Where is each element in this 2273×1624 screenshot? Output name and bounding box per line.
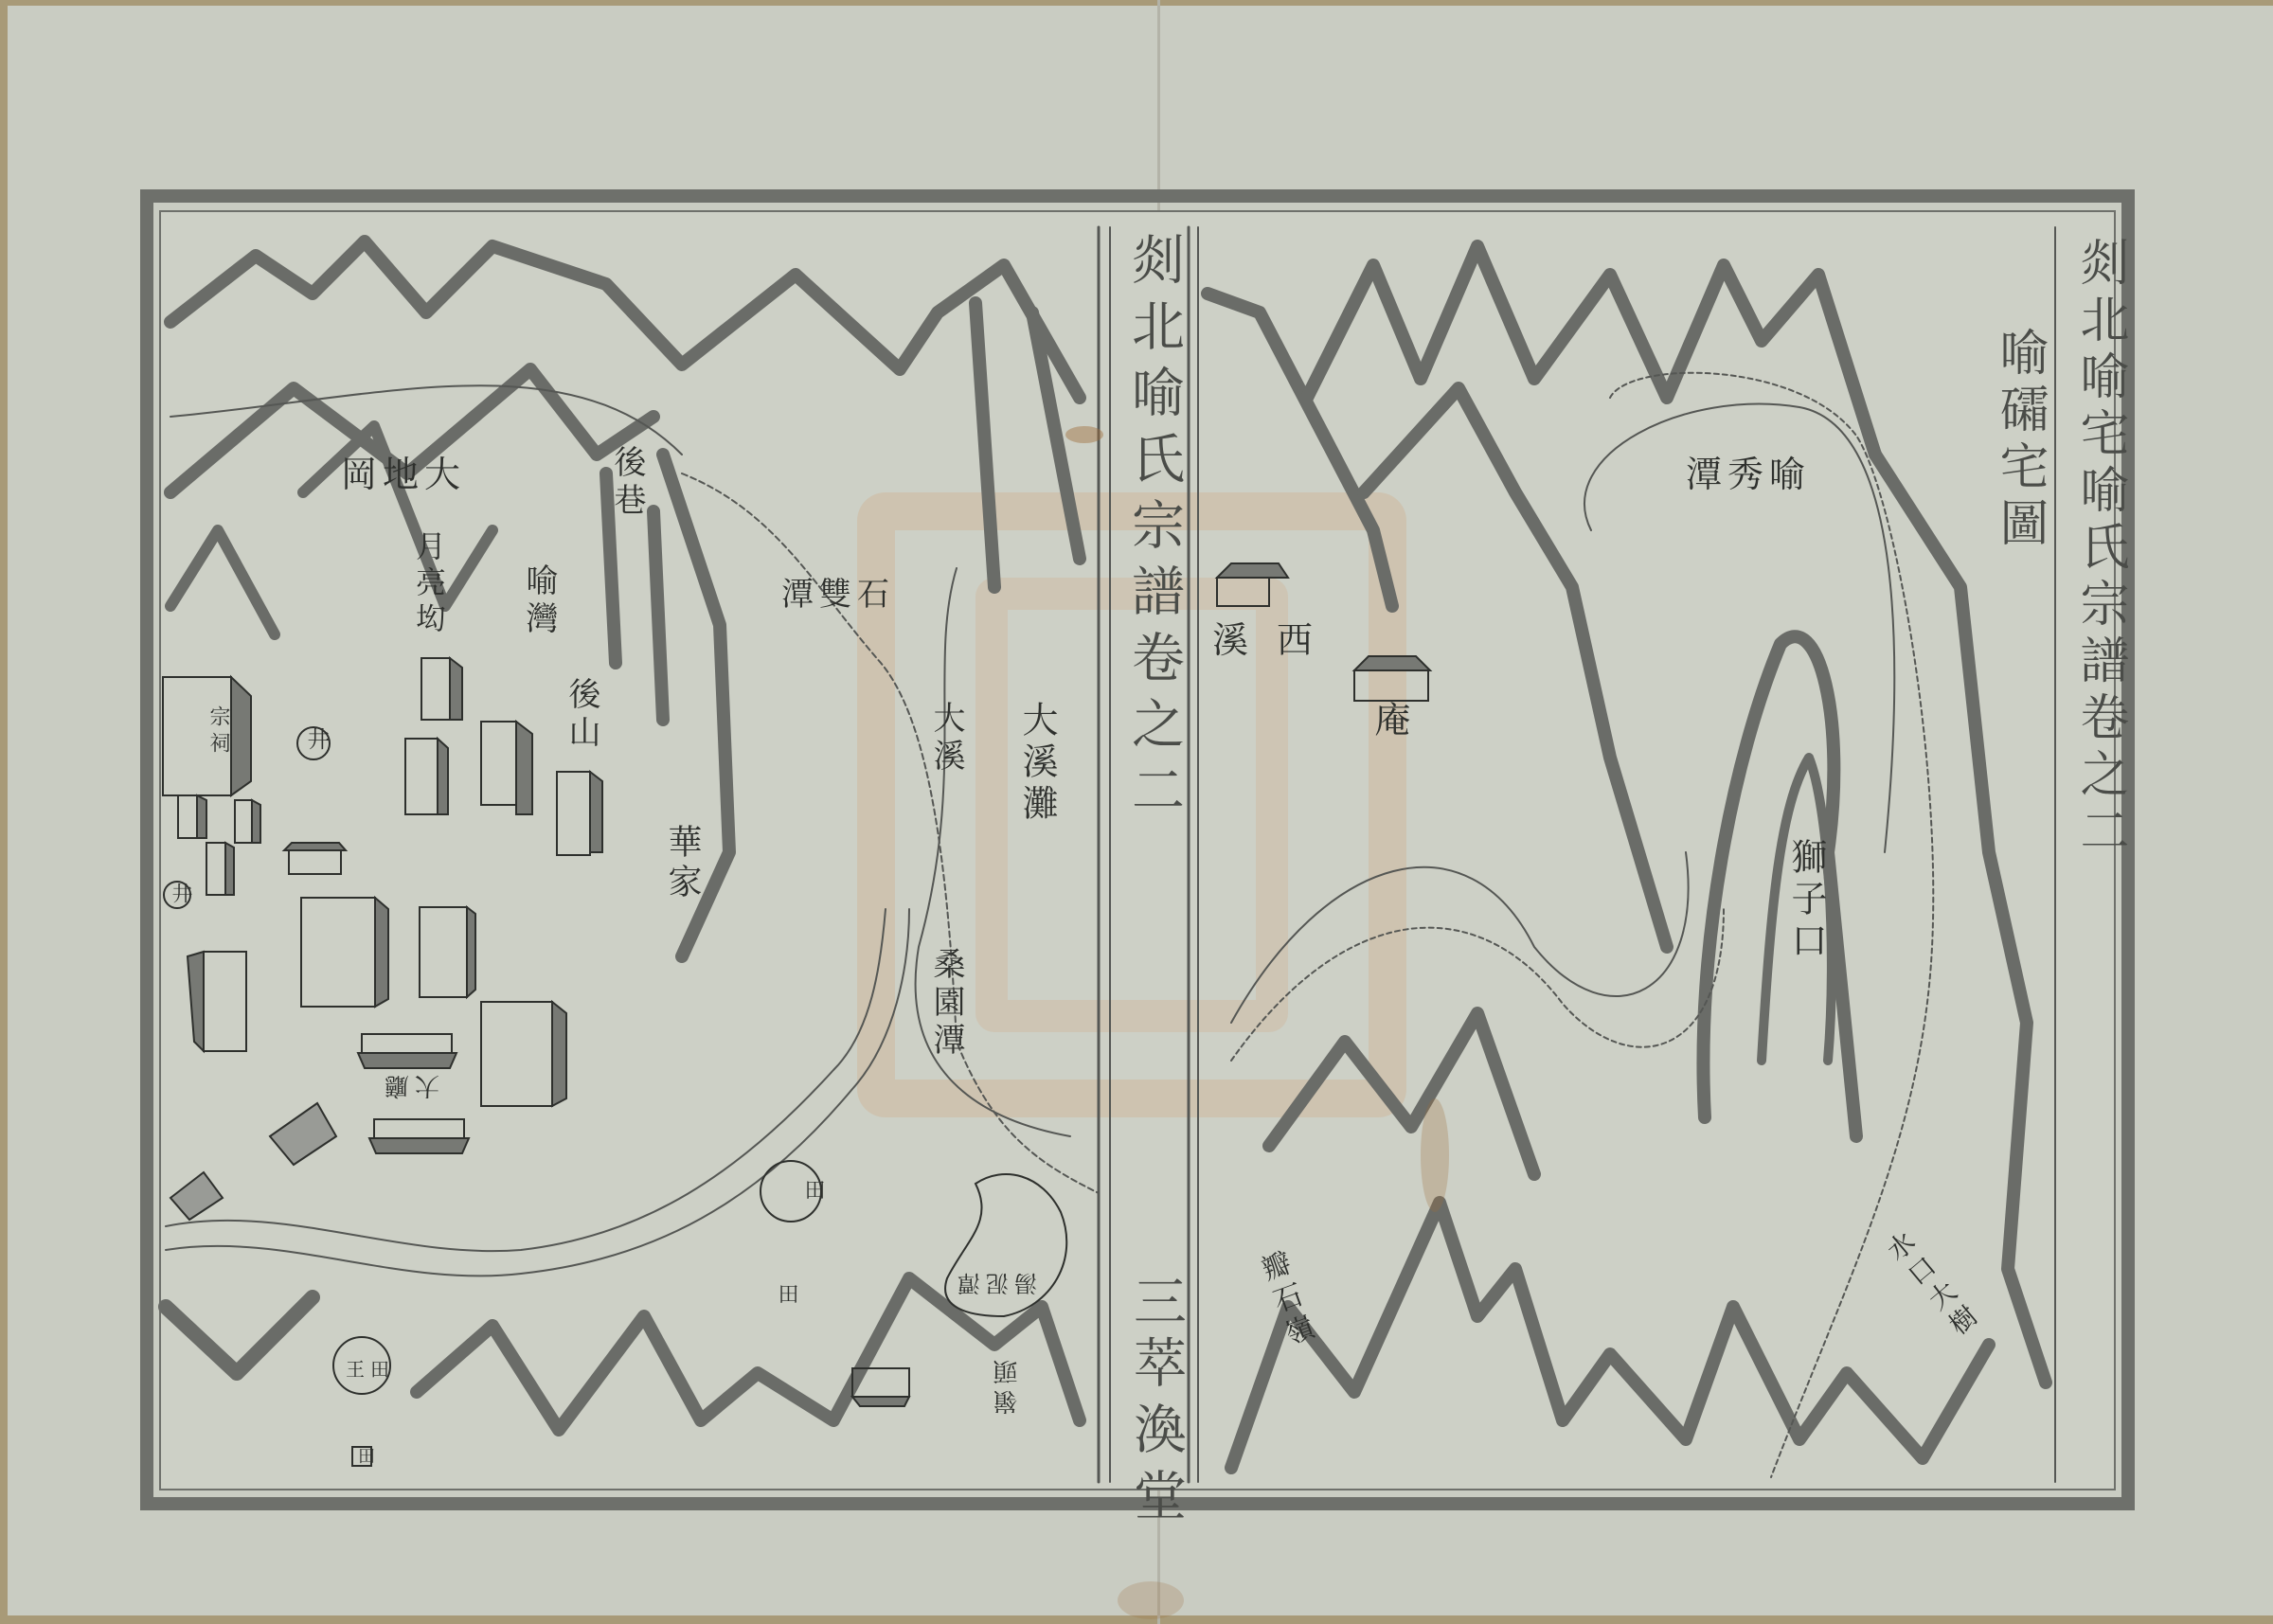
label-tian-2: 田	[772, 1283, 801, 1310]
water-stain-left	[1065, 426, 1103, 443]
publisher-name: 萃渙堂	[1118, 1335, 1193, 1534]
label-yueliangwan: 月亮㘭	[407, 530, 451, 638]
label-daxitan: 大溪灘	[1011, 701, 1064, 826]
center-title: 剡北喻氏宗譜卷之二	[1116, 232, 1191, 895]
label-huajia: 華家	[658, 824, 707, 903]
label-houshan: 後山	[559, 677, 605, 753]
label-jing-2: 井	[166, 883, 195, 909]
water-stain-center	[1421, 1098, 1449, 1212]
water-stain-bottom	[1118, 1581, 1184, 1619]
label-tingtang: 大廳	[379, 1070, 439, 1105]
label-bottom-ridge: 嶺頭	[990, 1354, 1025, 1415]
map-title: 喻礵宅圖	[1984, 327, 2055, 554]
label-jing-1: 井	[300, 727, 333, 756]
right-page-header: 剡北喻宅喻氏宗譜卷之二	[2065, 237, 2136, 862]
label-shishuangtan: 石雙潭	[781, 568, 895, 615]
label-yuxiutan: 喻秀潭	[1686, 445, 1811, 497]
label-zongci: 宗祠	[204, 705, 233, 758]
label-shizikou: 獅子口	[1781, 838, 1833, 963]
label-dadigang: 大地岡	[341, 445, 466, 497]
label-bottom-pond: 湯泥潭	[952, 1269, 1037, 1302]
label-an: 庵	[1364, 701, 1416, 742]
label-houan: 後巷	[604, 445, 651, 521]
label-wangtian: 王田	[346, 1354, 395, 1382]
label-sangyuantan: 桑園潭	[923, 947, 970, 1061]
label-yuwan: 喻灣	[516, 563, 563, 639]
page-number: 三	[1118, 1274, 1193, 1340]
label-tian-3: 田	[352, 1447, 377, 1470]
label-daxi: 大溪	[923, 701, 970, 776]
label-xixi: 溪西	[1212, 611, 1341, 663]
label-tian-1: 田	[798, 1179, 828, 1205]
